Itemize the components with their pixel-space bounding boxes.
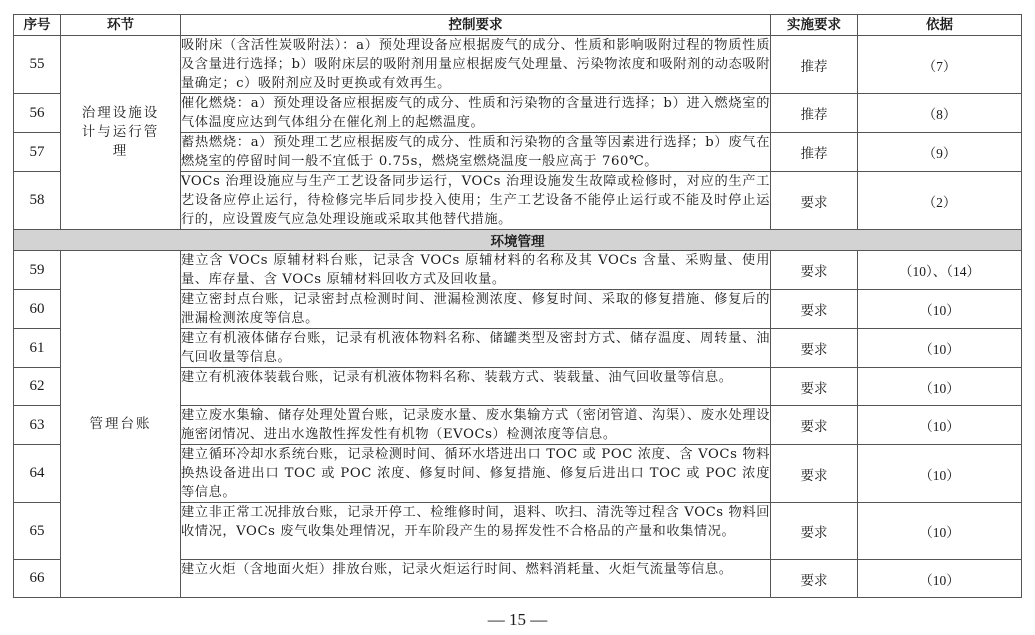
row-basis: （7） [858,36,1022,94]
row-seq: 62 [14,368,61,406]
stage-cell: 管理台账 [61,251,181,598]
row-seq: 64 [14,445,61,503]
row-basis: （10）、（14） [858,251,1022,290]
row-content: 建立火炬（含地面火炬）排放台账，记录火炬运行时间、燃料消耗量、火炬气流量等信息。 [181,560,771,598]
row-implementation: 要求 [771,251,858,290]
row-seq: 55 [14,36,61,94]
row-implementation: 要求 [771,503,858,560]
row-seq: 59 [14,251,61,290]
row-seq: 61 [14,329,61,368]
header-basis: 依据 [858,15,1022,36]
table-row: 59 管理台账 建立含 VOCs 原辅材料台账，记录含 VOCs 原辅材料的名称… [14,251,1022,290]
row-basis: （10） [858,560,1022,598]
section-title: 环境管理 [14,230,1022,251]
row-basis: （2） [858,172,1022,230]
row-implementation: 要求 [771,368,858,406]
row-implementation: 推荐 [771,133,858,172]
stage-label: 治理设施设计与运行管理 [79,104,163,161]
row-implementation: 要求 [771,172,858,230]
row-content: 蓄热燃烧：a）预处理工艺应根据废气的成分、性质和污染物的含量等因素进行选择；b）… [181,133,771,172]
row-content: 吸附床（含活性炭吸附法）：a）预处理设备应根据废气的成分、性质和影响吸附过程的物… [181,36,771,94]
row-content: 建立有机液体装载台账，记录有机液体物料名称、装载方式、装载量、油气回收量等信息。 [181,368,771,406]
row-basis: （10） [858,445,1022,503]
section-row: 环境管理 [14,230,1022,251]
row-content: 建立废水集输、储存处理处置台账，记录废水量、废水集输方式（密闭管道、沟渠）、废水… [181,406,771,445]
row-implementation: 推荐 [771,36,858,94]
row-implementation: 推荐 [771,94,858,133]
row-content: 建立循环冷却水系统台账，记录检测时间、循环水塔进出口 TOC 或 POC 浓度、… [181,445,771,503]
row-seq: 63 [14,406,61,445]
header-seq: 序号 [14,15,61,36]
row-basis: （10） [858,503,1022,560]
row-content: 建立含 VOCs 原辅材料台账，记录含 VOCs 原辅材料的名称及其 VOCs … [181,251,771,290]
header-requirement: 控制要求 [181,15,771,36]
row-implementation: 要求 [771,406,858,445]
row-content: 建立非正常工况排放台账，记录开停工、检维修时间，退料、吹扫、清洗等过程含 VOC… [181,503,771,560]
row-implementation: 要求 [771,445,858,503]
page-number: — 15 — [0,610,1035,630]
table-header-row: 序号 环节 控制要求 实施要求 依据 [14,15,1022,36]
stage-label: 管理台账 [90,416,152,432]
row-basis: （8） [858,94,1022,133]
row-basis: （10） [858,329,1022,368]
row-implementation: 要求 [771,560,858,598]
row-seq: 66 [14,560,61,598]
row-seq: 58 [14,172,61,230]
row-basis: （10） [858,406,1022,445]
row-seq: 60 [14,290,61,329]
row-implementation: 要求 [771,290,858,329]
row-basis: （10） [858,290,1022,329]
row-seq: 57 [14,133,61,172]
row-content: VOCs 治理设施应与生产工艺设备同步运行，VOCs 治理设施发生故障或检修时，… [181,172,771,230]
stage-cell: 治理设施设计与运行管理 [61,36,181,230]
row-basis: （10） [858,368,1022,406]
row-seq: 56 [14,94,61,133]
control-requirements-table: 序号 环节 控制要求 实施要求 依据 55 治理设施设计与运行管理 吸附床（含活… [13,14,1022,598]
row-content: 建立有机液体储存台账，记录有机液体物料名称、储罐类型及密封方式、储存温度、周转量… [181,329,771,368]
row-basis: （9） [858,133,1022,172]
row-content: 催化燃烧：a）预处理设备应根据废气的成分、性质和污染物的含量进行选择；b）进入燃… [181,94,771,133]
row-content: 建立密封点台账，记录密封点检测时间、泄漏检测浓度、修复时间、采取的修复措施、修复… [181,290,771,329]
row-implementation: 要求 [771,329,858,368]
header-implementation: 实施要求 [771,15,858,36]
row-seq: 65 [14,503,61,560]
header-stage: 环节 [61,15,181,36]
table-row: 55 治理设施设计与运行管理 吸附床（含活性炭吸附法）：a）预处理设备应根据废气… [14,36,1022,94]
